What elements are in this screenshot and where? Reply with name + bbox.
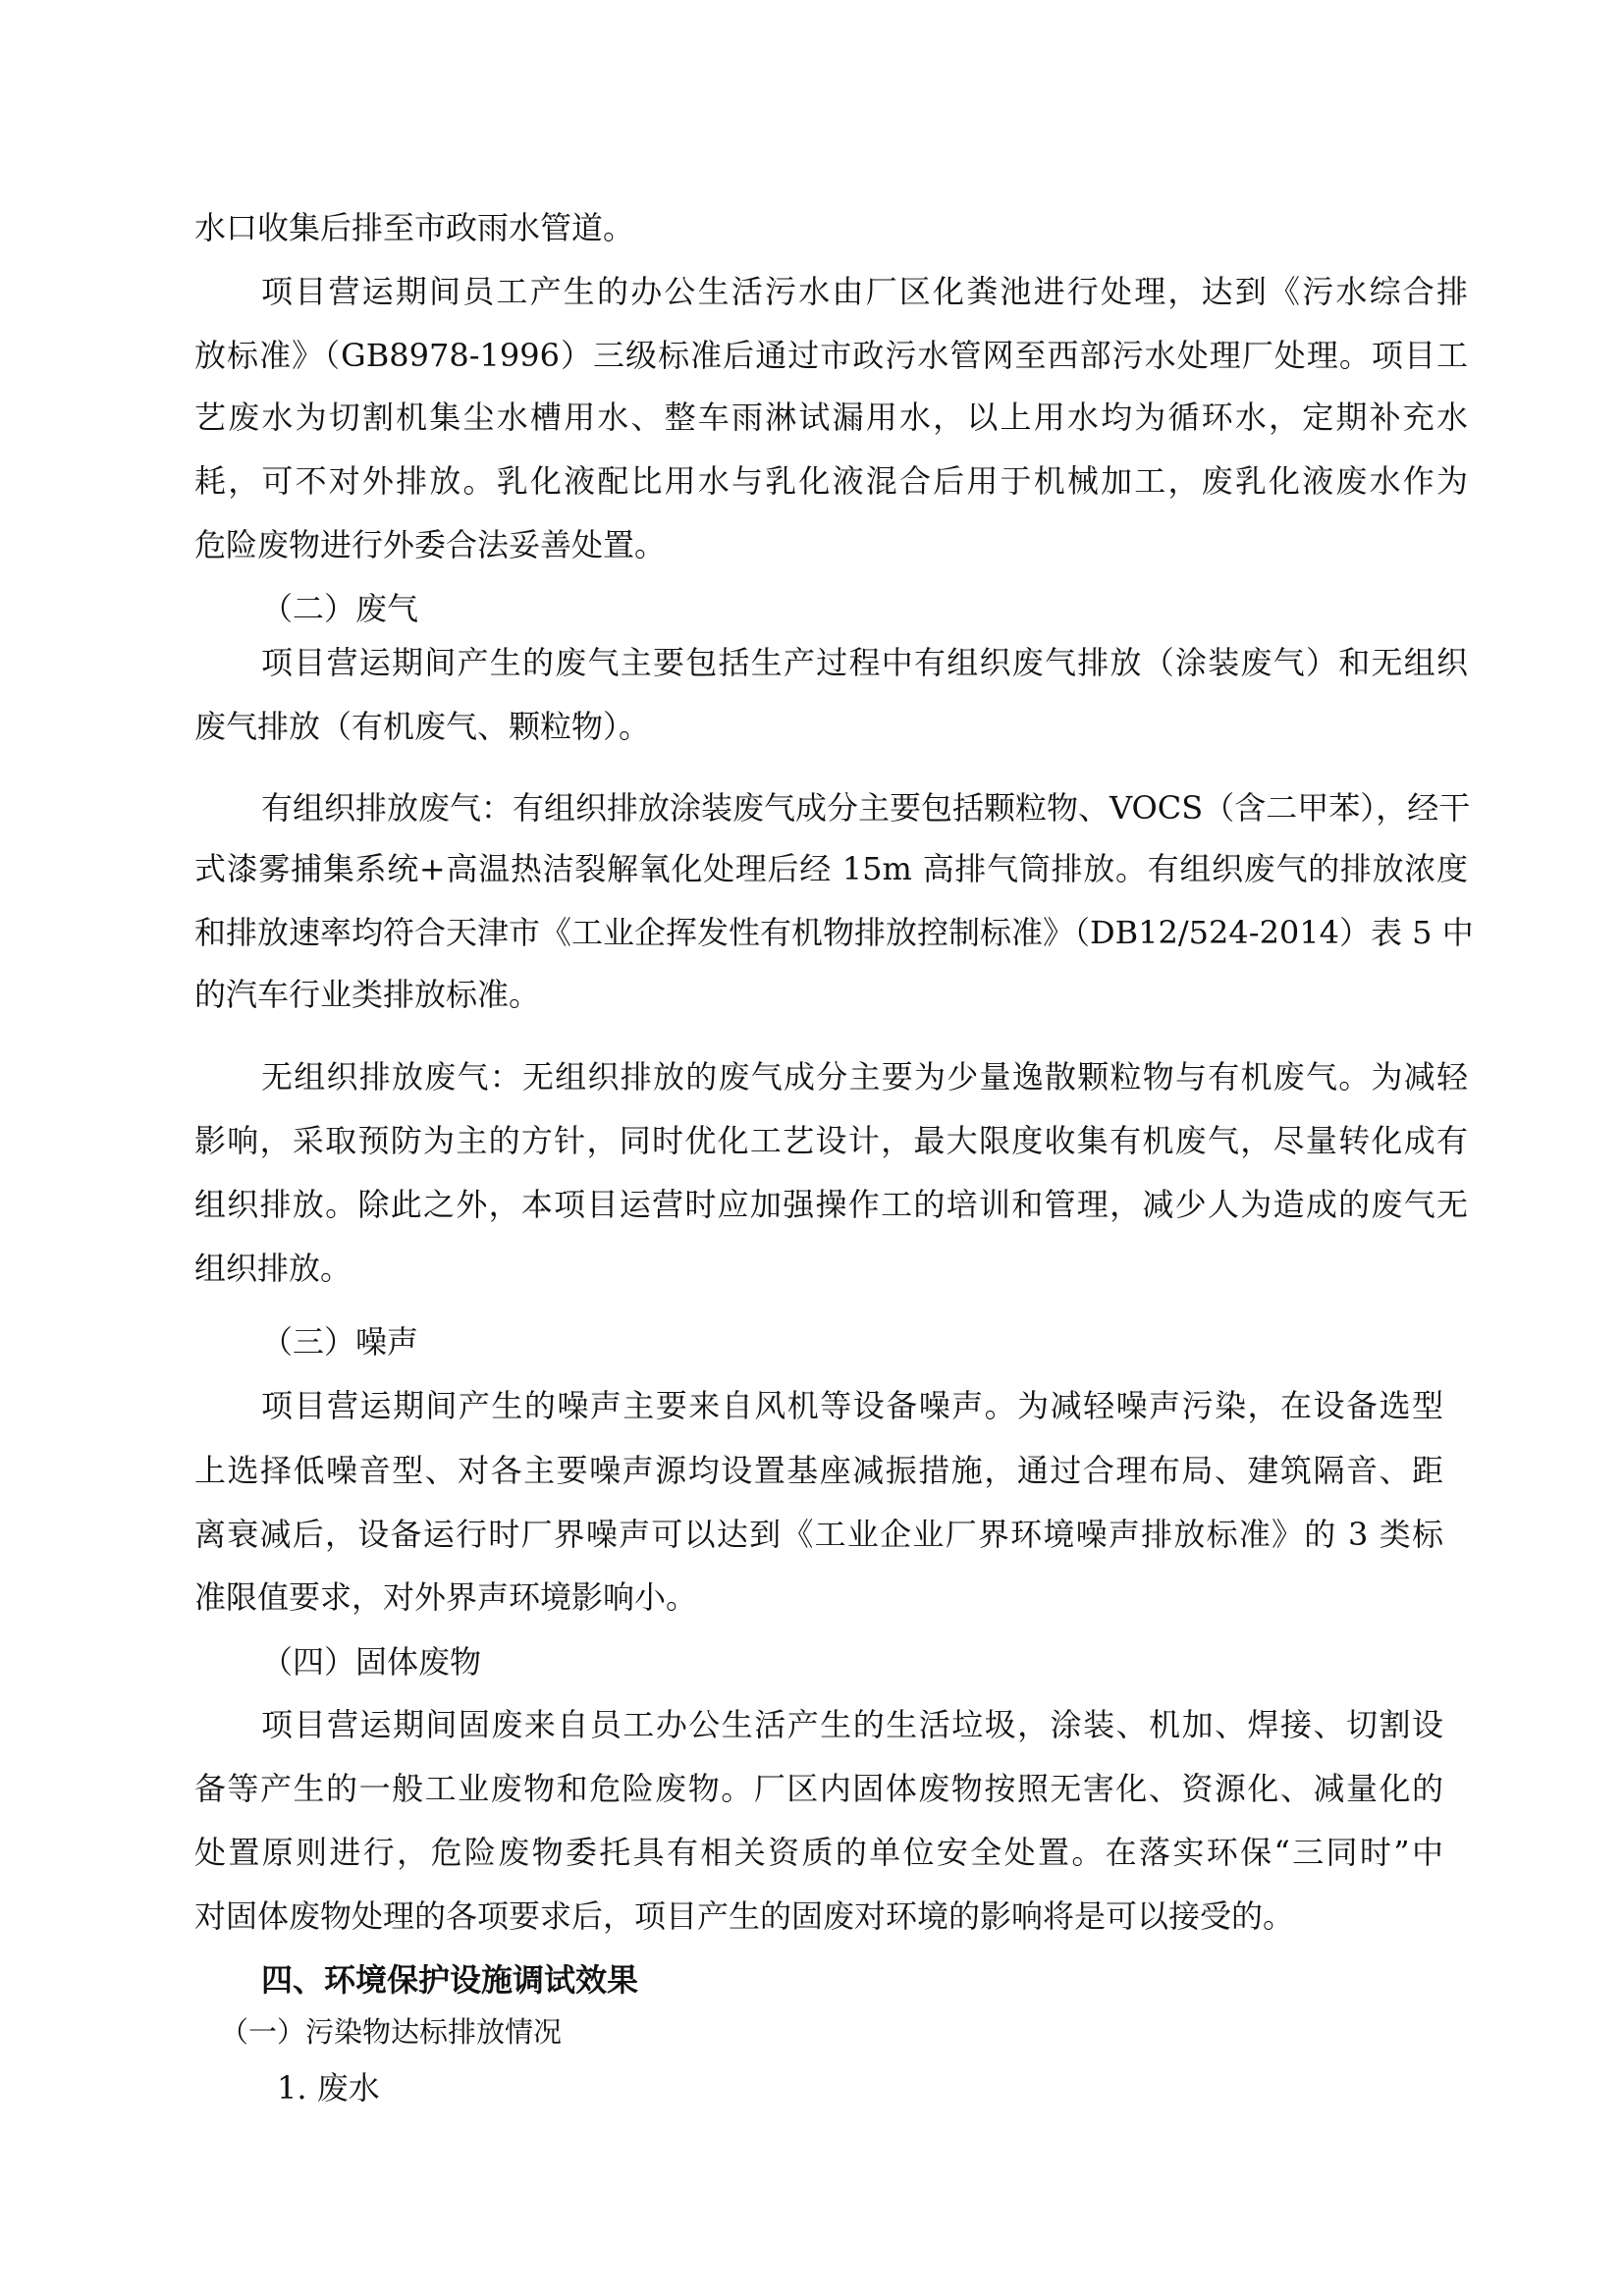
paragraph-line: 式漆雾捕集系统+高温热洁裂解氧化处理后经 15m 高排气筒排放。有组织废气的排放… [194,849,1468,888]
paragraph-line: 无组织排放废气：无组织排放的废气成分主要为少量逸散颗粒物与有机废气。为减轻 [194,1057,1468,1096]
paragraph-line: 处置原则进行，危险废物委托具有相关资质的单位安全处置。在落实环保“三同时”中 [194,1833,1443,1872]
paragraph-line: 艺废水为切割机集尘水槽用水、整车雨淋试漏用水，以上用水均为循环水，定期补充水 [194,398,1468,437]
paragraph-line: 对固体废物处理的各项要求后，项目产生的固废对环境的影响将是可以接受的。 [194,1896,1443,1936]
paragraph-line: 耗，可不对外排放。乳化液配比用水与乳化液混合后用于机械加工，废乳化液废水作为 [194,461,1468,501]
paragraph-line: 离衰减后，设备运行时厂界噪声可以达到《工业企业厂界环境噪声排放标准》的 3 类标 [194,1515,1443,1554]
paragraph-line: 组织排放。除此之外，本项目运营时应加强操作工的培训和管理，减少人为造成的废气无 [194,1185,1468,1224]
section-heading-env-protection: 四、环境保护设施调试效果 [261,1960,638,2000]
paragraph-line: 项目营运期间产生的噪声主要来自风机等设备噪声。为减轻噪声污染，在设备选型 [194,1386,1443,1425]
subsection-heading-noise: （三）噪声 [261,1322,418,1362]
paragraph-line: 放标准》（GB8978-1996）三级标准后通过市政污水管网至西部污水处理厂处理… [194,336,1468,375]
document-page: 水口收集后排至市政雨水管道。 项目营运期间员工产生的办公生活污水由厂区化粪池进行… [0,0,1624,2296]
paragraph-line: 有组织排放废气：有组织排放涂装废气成分主要包括颗粒物、VOCS（含二甲苯），经干 [194,788,1468,828]
subsection-heading-waste-gas: （二）废气 [261,589,418,628]
paragraph-line: 危险废物进行外委合法妥善处置。 [194,525,1468,564]
paragraph-line: 废气排放（有机废气、颗粒物）。 [194,707,1468,746]
subsection-heading-pollutant-discharge: （一）污染物达标排放情况 [220,2014,562,2050]
paragraph-line: 影响，采取预防为主的方针，同时优化工艺设计，最大限度收集有机废气，尽量转化成有 [194,1121,1468,1160]
paragraph-line: 和排放速率均符合天津市《工业企挥发性有机物排放控制标准》（DB12/524-20… [194,913,1468,952]
item-heading-wastewater: 1. 废水 [277,2068,380,2108]
paragraph-line: 准限值要求，对外界声环境影响小。 [194,1577,1443,1617]
paragraph-line: 项目营运期间产生的废气主要包括生产过程中有组织废气排放（涂装废气）和无组织 [194,643,1468,682]
paragraph-line: 项目营运期间固废来自员工办公生活产生的生活垃圾，涂装、机加、焊接、切割设 [194,1705,1443,1744]
subsection-heading-solid-waste: （四）固体废物 [261,1642,481,1682]
paragraph-line: 组织排放。 [194,1249,1468,1288]
paragraph-line: 项目营运期间员工产生的办公生活污水由厂区化粪池进行处理，达到《污水综合排 [194,272,1468,311]
paragraph-line: 的汽车行业类排放标准。 [194,975,1468,1014]
paragraph-line: 水口收集后排至市政雨水管道。 [194,208,1468,247]
paragraph-line: 备等产生的一般工业废物和危险废物。厂区内固体废物按照无害化、资源化、减量化的 [194,1769,1443,1808]
paragraph-line: 上选择低噪音型、对各主要噪声源均设置基座减振措施，通过合理布局、建筑隔音、距 [194,1451,1443,1490]
